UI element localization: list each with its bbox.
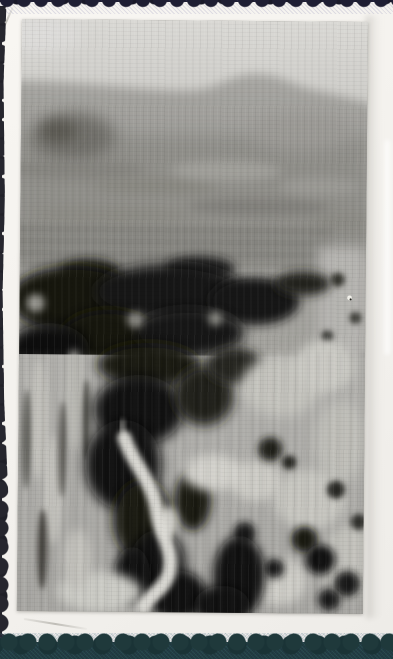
scan-glare	[383, 140, 391, 355]
forest-dot	[331, 273, 345, 287]
rock-texture	[17, 349, 365, 614]
paper-shadow	[366, 16, 382, 618]
forest-dot	[349, 312, 361, 324]
scratch-dark	[350, 298, 352, 300]
forest-gap	[127, 312, 143, 328]
forest-gap	[208, 312, 222, 326]
forest-gap	[26, 294, 44, 312]
photo-image	[17, 19, 368, 614]
rocky-canyon	[17, 338, 368, 614]
scanned-photo-page: { "artifact": { "kind": "vintage black-a…	[0, 0, 393, 659]
photograph	[17, 19, 368, 614]
river-upstream	[122, 420, 126, 441]
